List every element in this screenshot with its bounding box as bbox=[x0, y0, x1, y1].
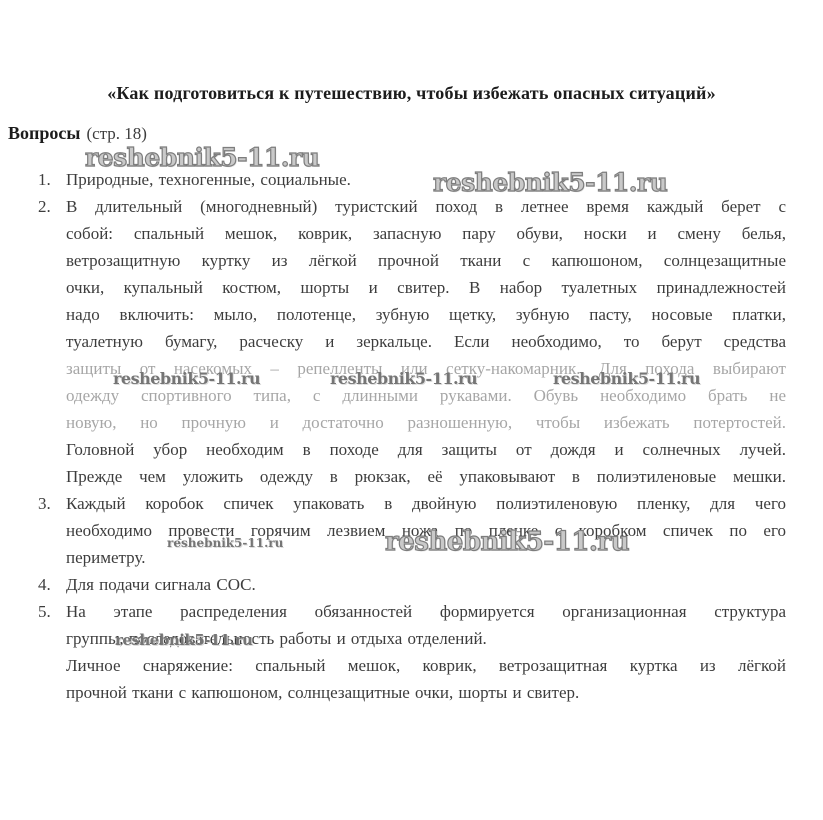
section-page-ref: (стр. 18) bbox=[86, 124, 147, 143]
answer-line: прочной ткани с капюшоном, солнцезащитны… bbox=[66, 679, 786, 706]
watermark: reshebnik5-11.ru bbox=[115, 631, 252, 649]
watermark: reshebnik5-11.ru bbox=[385, 527, 629, 557]
answer-line: Прежде чем уложить одежду в рюкзак, её у… bbox=[66, 463, 786, 490]
answer-line: очки, купальный костюм, шорты и свитер. … bbox=[66, 274, 786, 301]
answer-line: На этапе распределения обязанностей форм… bbox=[66, 598, 786, 625]
list-item: 4. Для подачи сигнала СОС. bbox=[38, 571, 786, 598]
document-title: «Как подготовиться к путешествию, чтобы … bbox=[0, 83, 823, 104]
answer-line: В длительный (многодневный) туристский п… bbox=[66, 193, 786, 220]
item-number: 5. bbox=[38, 598, 51, 625]
answers-list: 1. Природные, техногенные, социальные. 2… bbox=[38, 166, 786, 706]
answer-line: ветрозащитную куртку из лёгкой прочной т… bbox=[66, 247, 786, 274]
answer-line: туалетную бумагу, расческу и зеркальце. … bbox=[66, 328, 786, 355]
section-header: Вопросы(стр. 18) bbox=[8, 123, 147, 144]
list-item: 2. В длительный (многодневный) туристски… bbox=[38, 193, 786, 490]
item-number: 3. bbox=[38, 490, 51, 517]
item-number: 2. bbox=[38, 193, 51, 220]
watermark: reshebnik5-11.ru bbox=[85, 143, 319, 172]
watermark: reshebnik5-11.ru bbox=[330, 369, 477, 388]
answer-line: Каждый коробок спичек упаковать в двойну… bbox=[66, 490, 786, 517]
answer-line: Личное снаряжение: спальный мешок, коври… bbox=[66, 652, 786, 679]
section-heading: Вопросы bbox=[8, 123, 80, 143]
answer-line: Головной убор необходим в походе для защ… bbox=[66, 436, 786, 463]
watermark: reshebnik5-11.ru bbox=[113, 369, 260, 388]
item-number: 1. bbox=[38, 166, 51, 193]
document-page: { "document": { "title": "«Как подготови… bbox=[0, 0, 823, 820]
watermark: reshebnik5-11.ru bbox=[433, 168, 667, 197]
answer-line: новую, но прочную и достаточно разношенн… bbox=[66, 409, 786, 436]
answer-line: Для подачи сигнала СОС. bbox=[66, 571, 786, 598]
item-number: 4. bbox=[38, 571, 51, 598]
watermark: reshebnik5-11.ru bbox=[553, 369, 700, 388]
list-item: 5. На этапе распределения обязанностей ф… bbox=[38, 598, 786, 706]
answer-line: надо включить: мыло, полотенце, зубную щ… bbox=[66, 301, 786, 328]
answer-line: собой: спальный мешок, коврик, запасную … bbox=[66, 220, 786, 247]
watermark: reshebnik5-11.ru bbox=[167, 536, 283, 550]
